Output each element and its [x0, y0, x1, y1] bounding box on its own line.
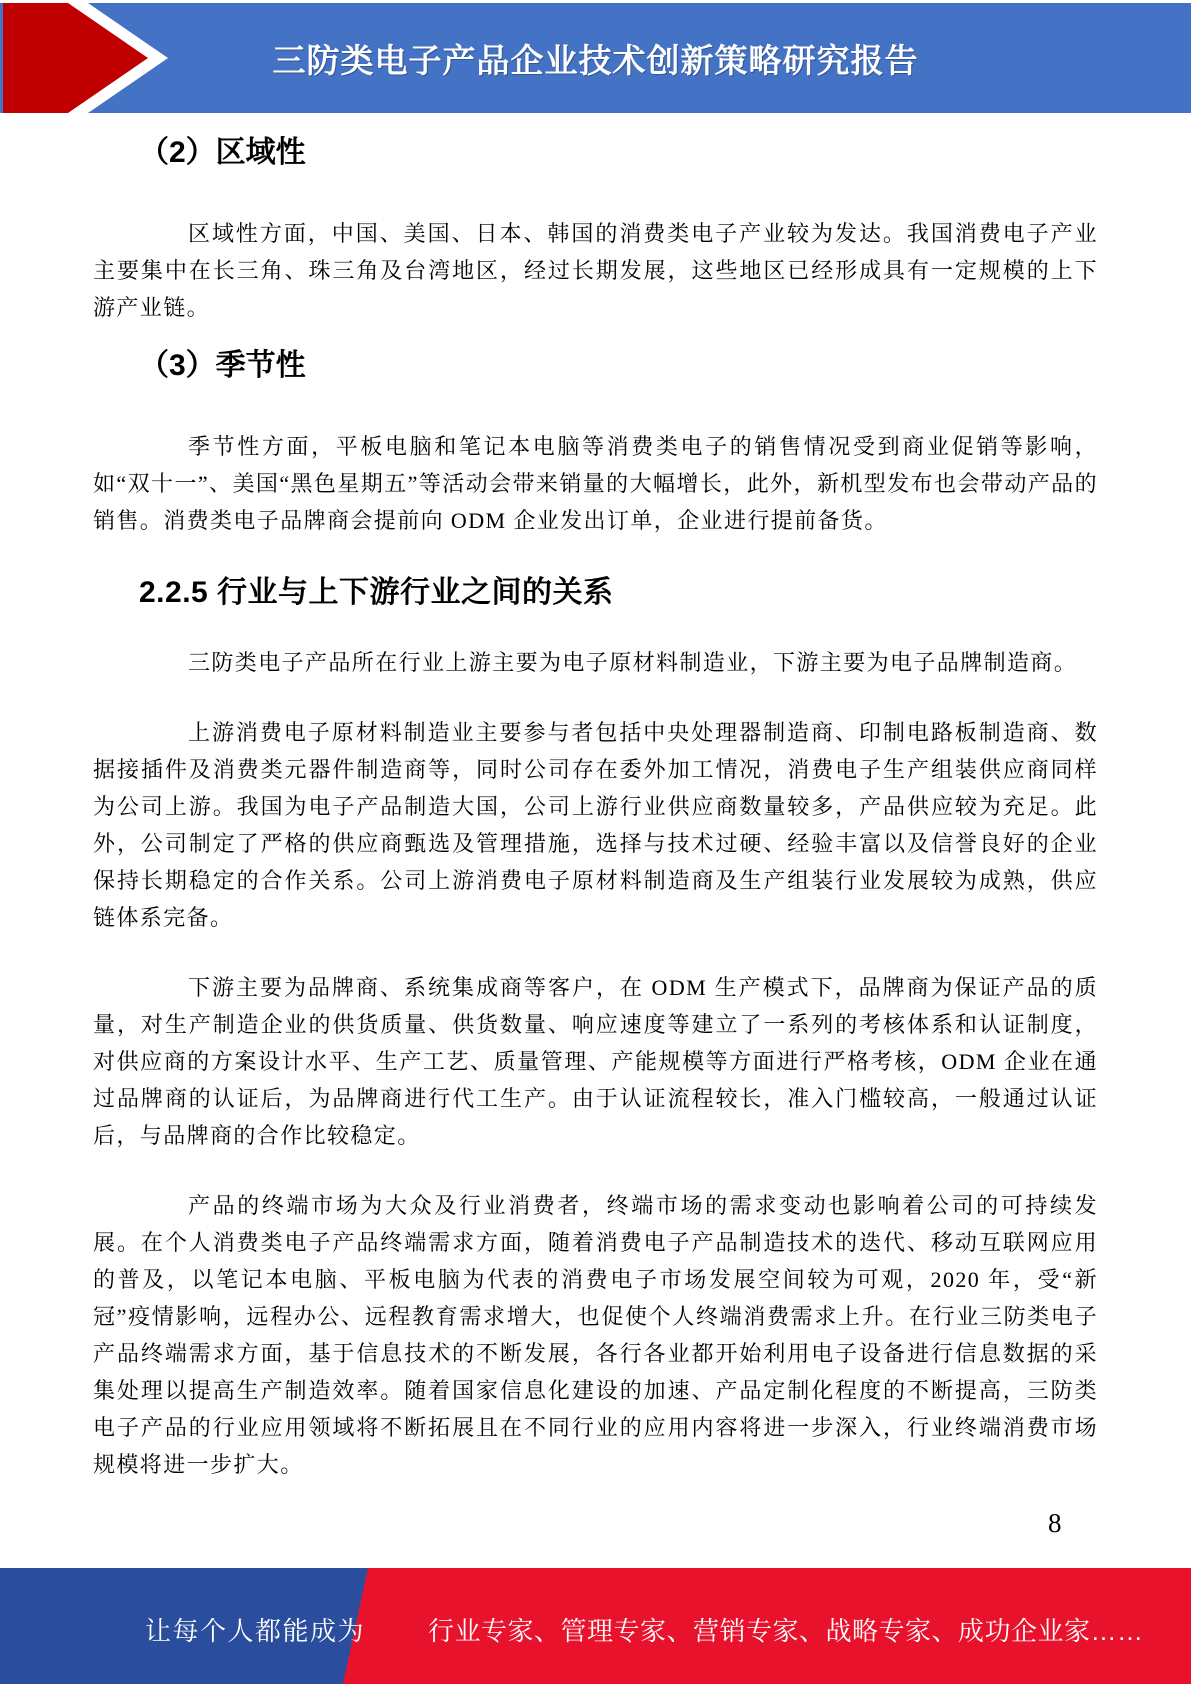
paragraph-downstream: 下游主要为品牌商、系统集成商等客户，在 ODM 生产模式下，品牌商为保证产品的质…	[93, 969, 1098, 1154]
footer-slogan-left: 让每个人都能成为	[145, 1611, 365, 1648]
paragraph-regional: 区域性方面，中国、美国、日本、韩国的消费类电子产业较为发达。我国消费电子产业主要…	[93, 215, 1098, 326]
paragraph-upstream: 上游消费电子原材料制造业主要参与者包括中央处理器制造商、印制电路板制造商、数据接…	[93, 714, 1098, 936]
footer-slogan-right: 行业专家、管理专家、营销专家、战略专家、成功企业家……	[428, 1611, 1144, 1648]
section-heading-regional: （2）区域性	[139, 135, 1098, 171]
page-number: 8	[1048, 1508, 1062, 1539]
document-body: （2）区域性 区域性方面，中国、美国、日本、韩国的消费类电子产业较为发达。我国消…	[93, 113, 1098, 1483]
document-page: 三防类电子产品企业技术创新策略研究报告 （2）区域性 区域性方面，中国、美国、日…	[0, 0, 1191, 1684]
section-heading-updownstream: 2.2.5 行业与上下游行业之间的关系	[139, 575, 1098, 611]
paragraph-industry-overview: 三防类电子产品所在行业上游主要为电子原材料制造业，下游主要为电子品牌制造商。	[93, 644, 1098, 681]
section-heading-seasonal: （3）季节性	[139, 348, 1098, 384]
paragraph-end-market: 产品的终端市场为大众及行业消费者，终端市场的需求变动也影响着公司的可持续发展。在…	[93, 1187, 1098, 1483]
report-title: 三防类电子产品企业技术创新策略研究报告	[0, 3, 1191, 113]
header-banner: 三防类电子产品企业技术创新策略研究报告	[0, 3, 1191, 113]
paragraph-seasonal: 季节性方面，平板电脑和笔记本电脑等消费类电子的销售情况受到商业促销等影响，如“双…	[93, 428, 1098, 539]
footer-banner: 让每个人都能成为 行业专家、管理专家、营销专家、战略专家、成功企业家……	[0, 1568, 1191, 1684]
